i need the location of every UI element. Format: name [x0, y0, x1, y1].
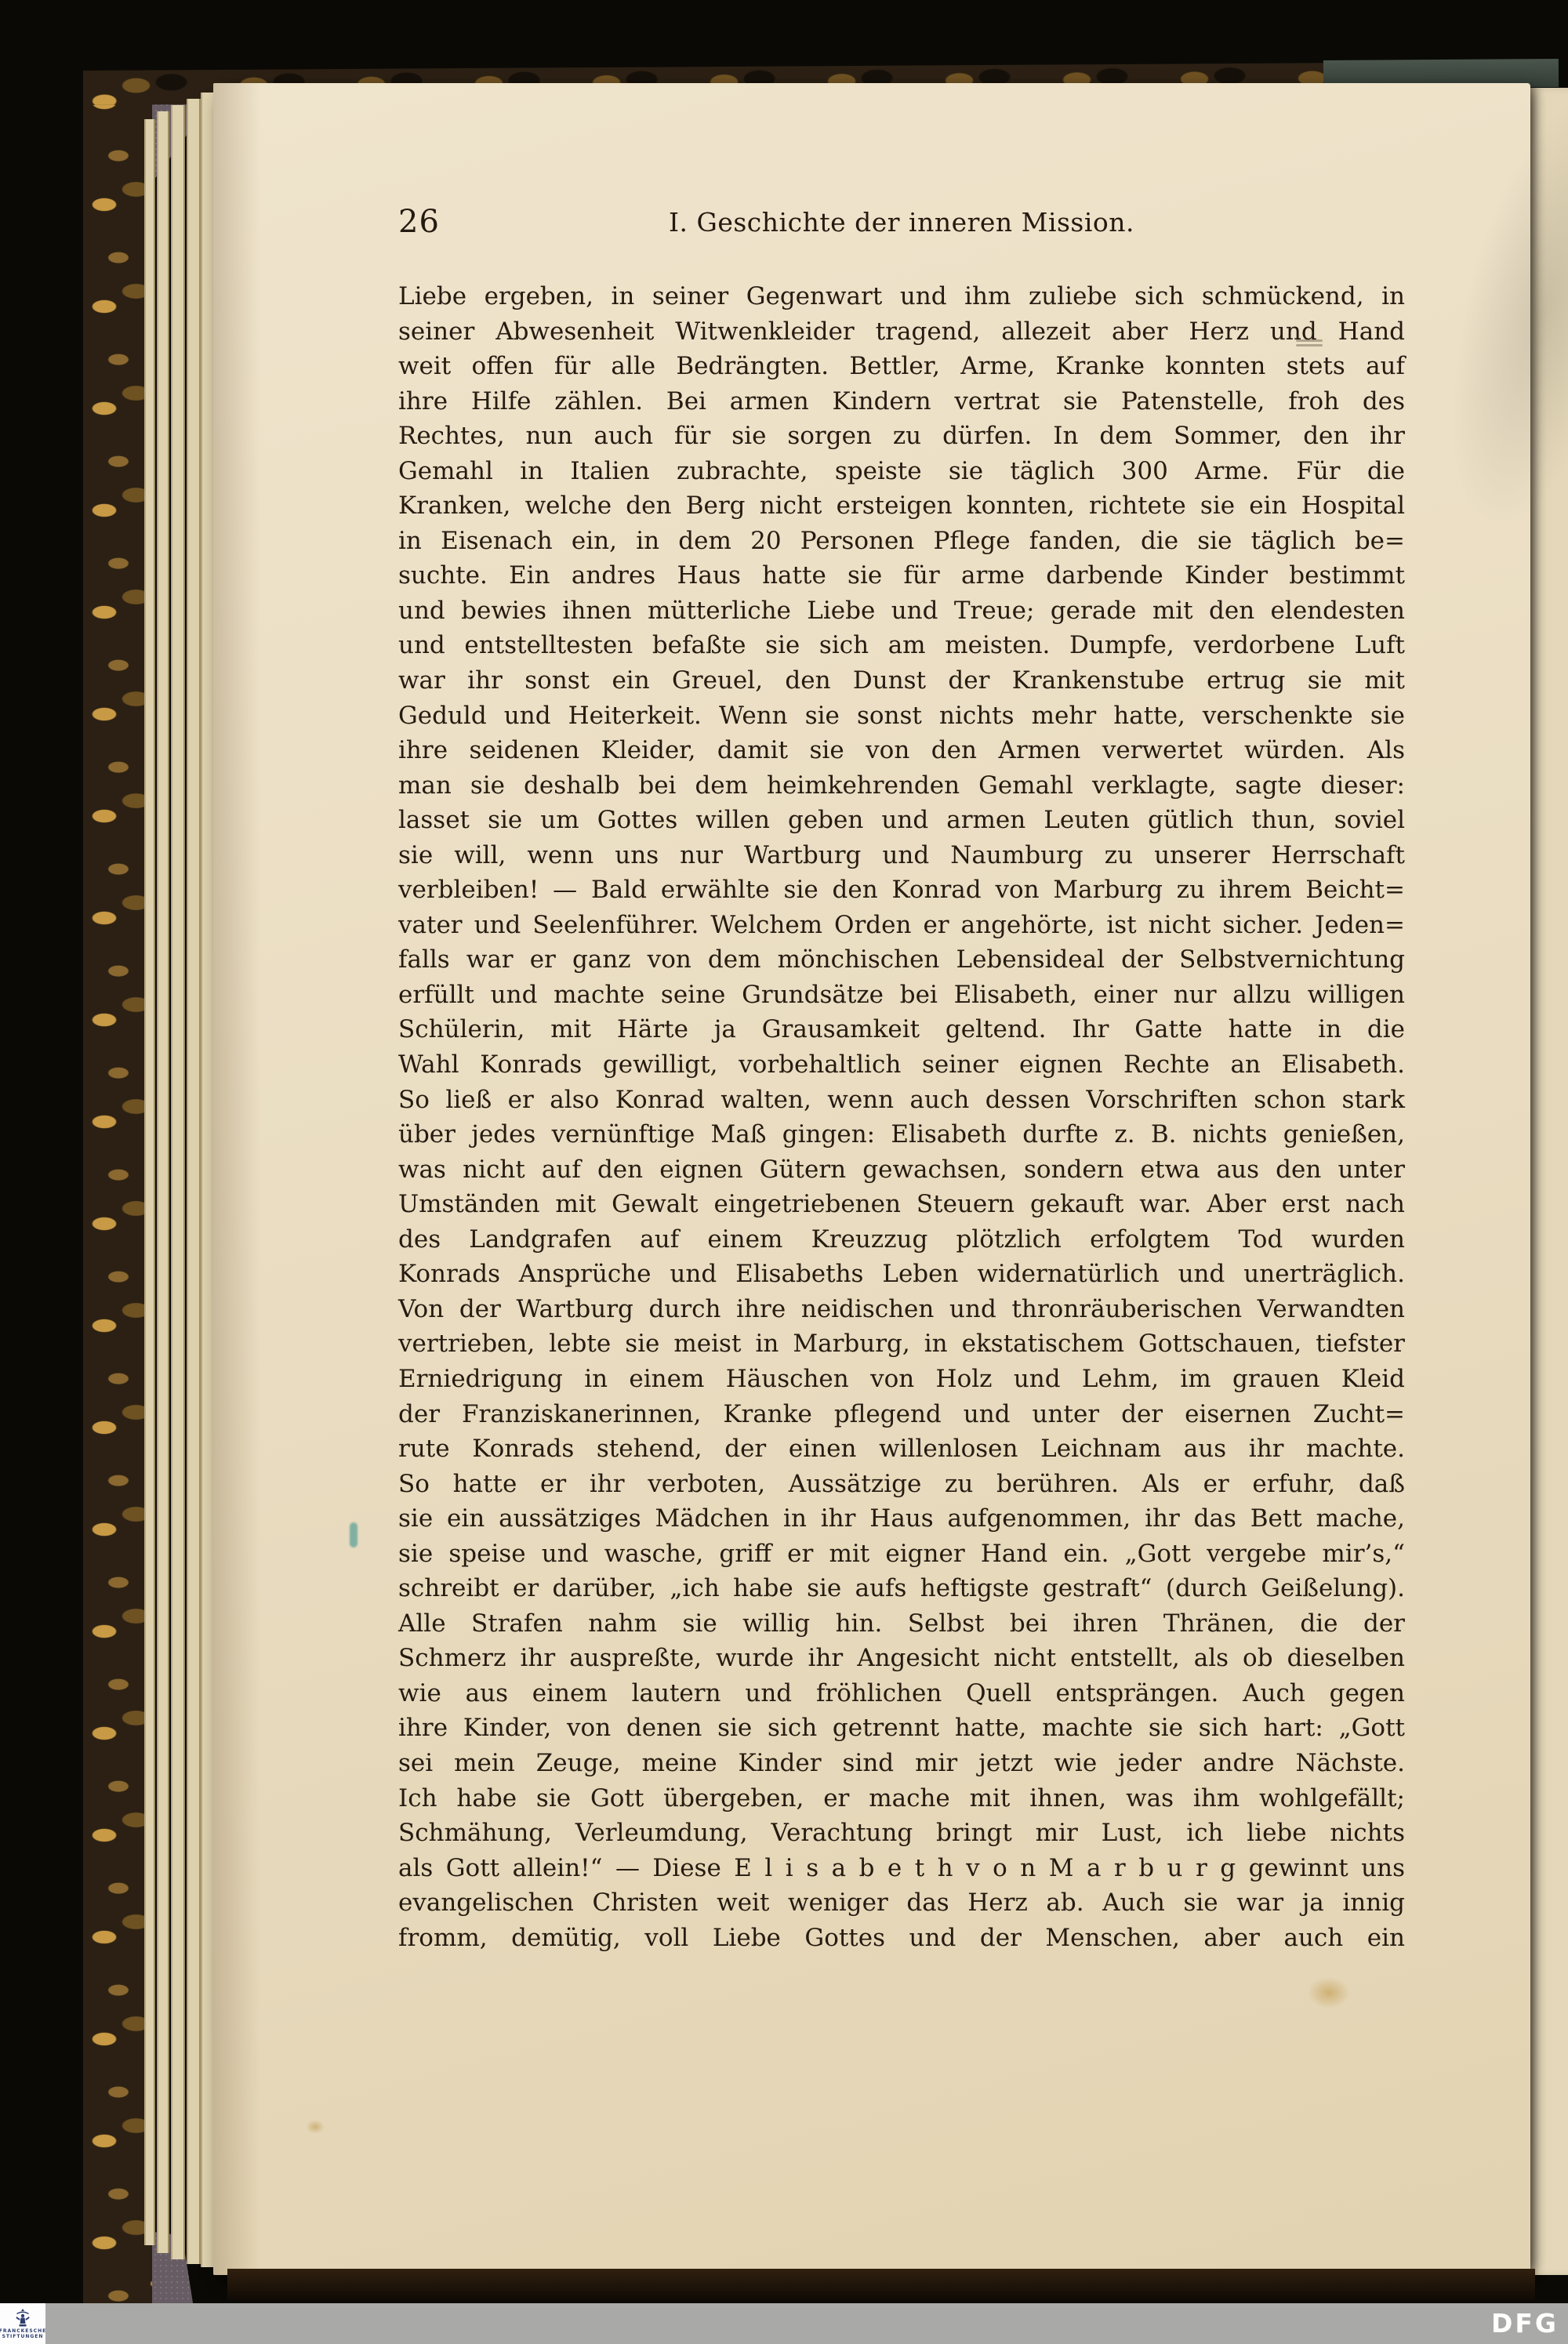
- body-text-line: vater und Seelenführer. Welchem Orden er…: [398, 908, 1405, 943]
- body-text-line: ihre Hilfe zählen. Bei armen Kindern ver…: [398, 384, 1405, 419]
- body-text-line: So ließ er also Konrad walten, wenn auch…: [398, 1083, 1405, 1118]
- scanned-book-page-view: 26 I. Geschichte der inneren Mission. Li…: [0, 0, 1568, 2344]
- body-text-line: suchte. Ein andres Haus hatte sie für ar…: [398, 558, 1405, 593]
- body-text-line: seiner Abwesenheit Witwenkleider tragend…: [398, 314, 1405, 350]
- body-text-line: und bewies ihnen mütterliche Liebe und T…: [398, 593, 1405, 629]
- book-marbled-cover-left: [83, 72, 152, 2313]
- book-bottom-edge: [227, 2269, 1535, 2300]
- running-header: I. Geschichte der inneren Mission.: [398, 207, 1405, 238]
- body-text-line: des Landgrafen auf einem Kreuzzug plötzl…: [398, 1222, 1405, 1257]
- page-stack-edge: [171, 105, 185, 2259]
- body-text-line: Wahl Konrads gewilligt, vorbehaltlich se…: [398, 1047, 1405, 1083]
- page-edge-ink-mark: [350, 1522, 358, 1548]
- body-text-line: Von der Wartburg durch ihre neidischen u…: [398, 1292, 1405, 1327]
- foxing-stain: [1308, 1977, 1350, 2008]
- body-text-line: So hatte er ihr verboten, Aussätzige zu …: [398, 1467, 1405, 1502]
- body-text-line: der Franziskanerinnen, Kranke pflegend u…: [398, 1397, 1405, 1432]
- body-text-line: man sie deshalb bei dem heimkehrenden Ge…: [398, 768, 1405, 804]
- body-text-line: Schülerin, mit Härte ja Grausamkeit gelt…: [398, 1012, 1405, 1047]
- body-text-line: falls war er ganz von dem mönchischen Le…: [398, 942, 1405, 978]
- body-text-line: über jedes vernünftige Maß gingen: Elisa…: [398, 1117, 1405, 1152]
- body-text-line: ihre seidenen Kleider, damit sie von den…: [398, 733, 1405, 768]
- body-text-line: als Gott allein!“ — Diese E l i s a b e …: [398, 1851, 1405, 1886]
- body-text-line: vertrieben, lebte sie meist in Marburg, …: [398, 1326, 1405, 1362]
- dfg-logo[interactable]: DFG: [1491, 2308, 1559, 2339]
- body-text-line: Ich habe sie Gott übergeben, er mache mi…: [398, 1781, 1405, 1816]
- page-stack-edge: [157, 111, 169, 2253]
- body-text-line: Alle Strafen nahm sie willig hin. Selbst…: [398, 1606, 1405, 1642]
- body-text-line: Rechtes, nun auch für sie sorgen zu dürf…: [398, 419, 1405, 454]
- page-stack-edge: [187, 99, 201, 2264]
- digitization-footer-bar: FRANCKESCHE STIFTUNGEN DFG: [0, 2303, 1568, 2344]
- francke-stiftungen-label-line1: FRANCKESCHE: [0, 2328, 46, 2334]
- francke-stiftungen-label-line2: STIFTUNGEN: [2, 2334, 44, 2339]
- body-text-line: und entstelltesten befaßte sie sich am m…: [398, 628, 1405, 663]
- body-text-line: Kranken, welche den Berg nicht ersteigen…: [398, 488, 1405, 524]
- francke-stiftungen-emblem-icon: [14, 2309, 31, 2328]
- body-text-line: was nicht auf den eignen Gütern gewachse…: [398, 1152, 1405, 1188]
- body-text-line: rute Konrads stehend, der einen willenlo…: [398, 1431, 1405, 1467]
- body-text-line: Gemahl in Italien zubrachte, speiste sie…: [398, 454, 1405, 489]
- body-text-line: erfüllt und machte seine Grundsätze bei …: [398, 978, 1405, 1013]
- body-text: Liebe ergeben, in seiner Gegenwart und i…: [398, 279, 1405, 1955]
- body-text-line: verbleiben! — Bald erwählte sie den Konr…: [398, 873, 1405, 908]
- body-text-line: fromm, demütig, voll Liebe Gottes und de…: [398, 1921, 1405, 1956]
- body-text-line: ihre Kinder, von denen sie sich getrennt…: [398, 1711, 1405, 1746]
- body-text-line: wie aus einem lautern und fröhlichen Que…: [398, 1676, 1405, 1711]
- page-stack-edge: [144, 119, 155, 2245]
- body-text-line: Umständen mit Gewalt eingetriebenen Steu…: [398, 1187, 1405, 1222]
- body-text-line: in Eisenach ein, in dem 20 Personen Pfle…: [398, 524, 1405, 559]
- body-text-line: lasset sie um Gottes willen geben und ar…: [398, 803, 1405, 838]
- body-text-line: Schmähung, Verleumdung, Verachtung bring…: [398, 1816, 1405, 1851]
- body-text-line: Schmerz ihr auspreßte, wurde ihr Angesic…: [398, 1641, 1405, 1676]
- body-text-line: sie ein aussätziges Mädchen in ihr Haus …: [398, 1501, 1405, 1537]
- body-text-line: sie will, wenn uns nur Wartburg und Naum…: [398, 838, 1405, 873]
- body-text-line: Liebe ergeben, in seiner Gegenwart und i…: [398, 279, 1405, 314]
- book-page: 26 I. Geschichte der inneren Mission. Li…: [213, 83, 1530, 2275]
- body-text-line: sie speise und wasche, griff er mit eign…: [398, 1537, 1405, 1572]
- body-text-line: Erniedrigung in einem Häuschen von Holz …: [398, 1362, 1405, 1397]
- body-text-line: schreibt er darüber, „ich habe sie aufs …: [398, 1571, 1405, 1606]
- body-text-line: Konrads Ansprüche und Elisabeths Leben w…: [398, 1257, 1405, 1292]
- body-text-line: weit offen für alle Bedrängten. Bettler,…: [398, 349, 1405, 384]
- page-header: 26 I. Geschichte der inneren Mission.: [398, 201, 1405, 241]
- francke-stiftungen-logo[interactable]: FRANCKESCHE STIFTUNGEN: [0, 2303, 45, 2344]
- foxing-stain: [306, 2120, 325, 2134]
- body-text-line: sei mein Zeuge, meine Kinder sind mir je…: [398, 1746, 1405, 1781]
- body-text-line: war ihr sonst ein Greuel, den Dunst der …: [398, 663, 1405, 698]
- margin-pencil-mark: [1296, 337, 1323, 350]
- body-text-line: evangelischen Christen weit weniger das …: [398, 1885, 1405, 1921]
- body-text-line: Geduld und Heiterkeit. Wenn sie sonst ni…: [398, 698, 1405, 734]
